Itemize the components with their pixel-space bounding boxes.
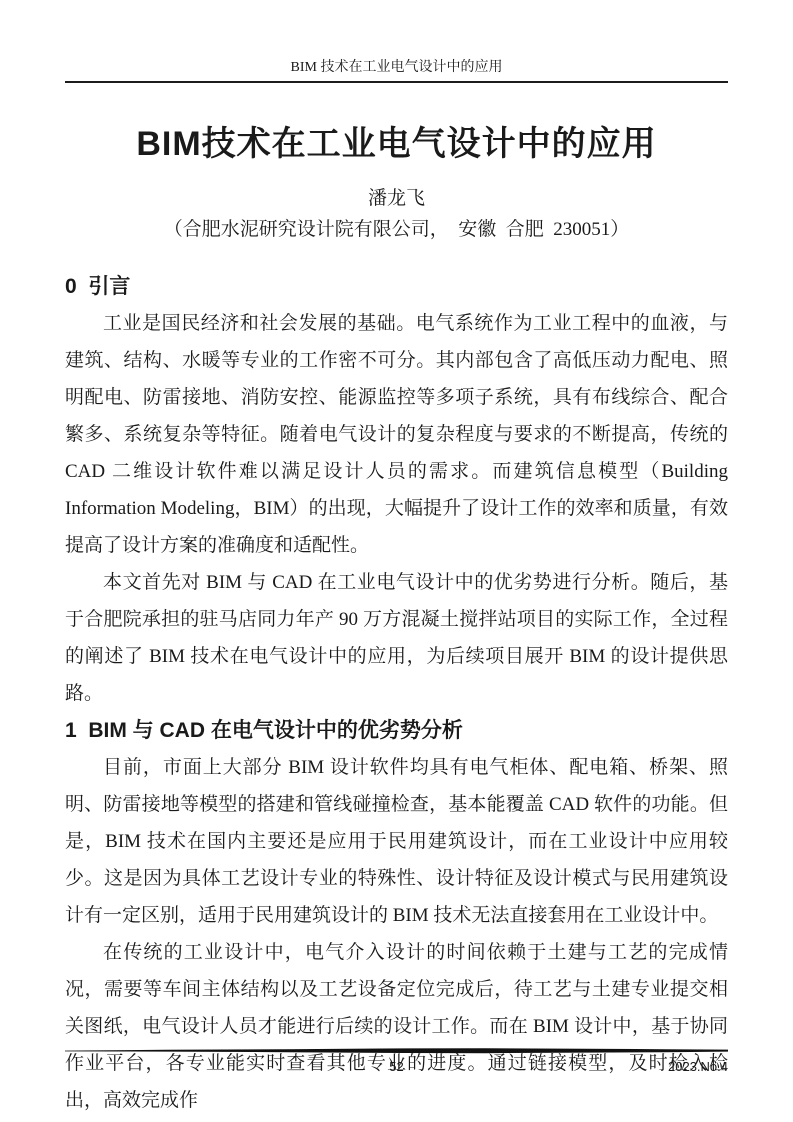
author-name: 潘龙飞: [65, 187, 728, 211]
paragraph: 工业是国民经济和社会发展的基础。电气系统作为工业工程中的血液，与建筑、结构、水暖…: [65, 305, 728, 564]
page-footer: 52 2023.No.4: [65, 1046, 728, 1076]
issue-label: 2023.No.4: [668, 1058, 728, 1076]
running-title: BIM 技术在工业电气设计中的应用: [65, 58, 728, 78]
running-header: BIM 技术在工业电气设计中的应用: [65, 58, 728, 83]
section-heading-0: 0 引言: [65, 268, 728, 305]
document-page: BIM 技术在工业电气设计中的应用 BIM技术在工业电气设计中的应用 潘龙飞 （…: [0, 0, 793, 1122]
page-title: BIM技术在工业电气设计中的应用: [65, 123, 728, 165]
page-number: 52: [389, 1058, 403, 1076]
section-heading-1: 1 BIM 与 CAD 在电气设计中的优劣势分析: [65, 712, 728, 749]
paragraph: 在传统的工业设计中，电气介入设计的时间依赖于土建与工艺的完成情况，需要等车间主体…: [65, 934, 728, 1119]
paragraph: 本文首先对 BIM 与 CAD 在工业电气设计中的优劣势进行分析。随后，基于合肥…: [65, 564, 728, 712]
footer-text-row: 52 2023.No.4: [65, 1058, 728, 1076]
header-rule: [65, 81, 728, 83]
paragraph: 目前，市面上大部分 BIM 设计软件均具有电气柜体、配电箱、桥架、照明、防雷接地…: [65, 749, 728, 934]
footer-rule-bar: [65, 1046, 728, 1056]
author-affiliation: （合肥水泥研究设计院有限公司， 安徽 合肥 230051）: [65, 218, 728, 242]
